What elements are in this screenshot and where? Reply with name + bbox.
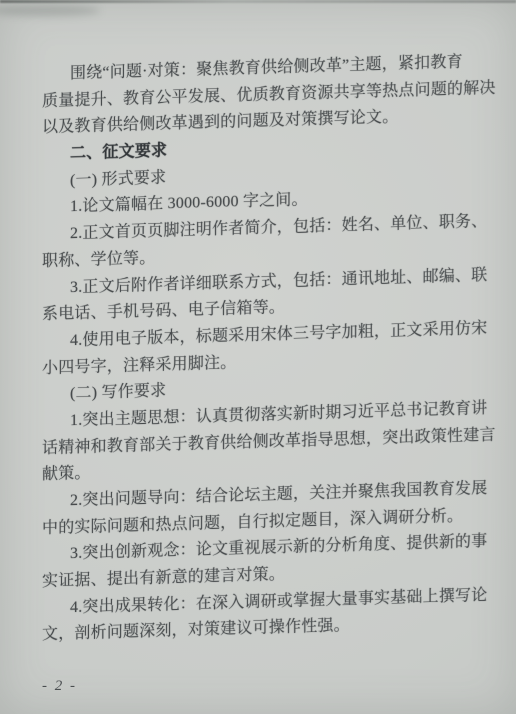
- scanned-document-page: 围绕“问题·对策：聚焦教育供给侧改革”主题，紧扣教育 质量提升、教育公平发展、优…: [0, 0, 516, 714]
- scan-edge-artifact: [0, 5, 100, 16]
- document-text-block: 围绕“问题·对策：聚焦教育供给侧改革”主题，紧扣教育 质量提升、教育公平发展、优…: [42, 49, 478, 649]
- page-number: - 2 -: [42, 678, 77, 695]
